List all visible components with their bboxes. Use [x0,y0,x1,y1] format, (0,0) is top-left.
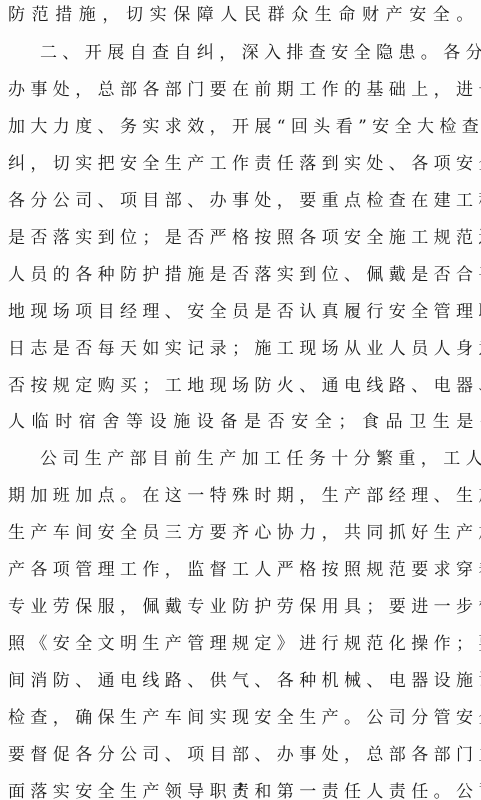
text-line: 生产车间安全员三方要齐心协力，共同抓好生产加工环节安全生 [8,521,468,545]
text-line: 专业劳保服，佩戴专业防护劳保用具；要进一步督促工人严格按 [8,595,468,619]
text-line: 人员的各种防护措施是否落实到位、佩戴是否合乎规范要求；工 [8,263,468,287]
document-page: 防范措施，切实保障人民群众生命财产安全。 二、开展自查自纠，深入排查安全隐患。各… [0,0,481,800]
text-line: 要督促各分公司、项目部、办事处，总部各部门主要负责人，全 [8,743,468,767]
page-number: 2 [0,782,481,793]
text-line: 各分公司、项目部、办事处，要重点检查在建工程各项安全措施 [8,189,468,213]
text-line: 照《安全文明生产管理规定》进行规范化操作；要定期对生产车 [8,632,468,656]
text-line: 间消防、通电线路、供气、各种机械、电器设施设备进行安全大 [8,669,468,693]
text-line: 是否落实到位；是否严格按照各项安全施工规范进行施工；施工 [8,226,468,250]
text-line: 否按规定购买；工地现场防火、通电线路、电器、厨房用气、工 [8,374,468,398]
text-line: 产各项管理工作，监督工人严格按照规范要求穿着安全劳保鞋、 [8,558,468,582]
text-line: 加大力度、务实求效，开展“回头看”安全大检查，严肃自查自 [8,115,468,139]
text-line: 日志是否每天如实记录；施工现场从业人员人身意外伤害保险是 [8,337,468,361]
text-line: 办事处，总部各部门要在前期工作的基础上，进一步突出重点、 [8,78,468,102]
text-line: 纠，切实把安全生产工作责任落到实处、各项安全措施落到实处。 [8,152,468,176]
text-line: 检查，确保生产车间实现安全生产。公司分管安全工作的副总， [8,706,468,730]
text-line: 地现场项目经理、安全员是否认真履行安全管理职责；安全施工 [8,300,468,324]
paragraph-start-line: 公司生产部目前生产加工任务十分繁重，工人及管理人员长 [40,447,468,471]
text-line: 人临时宿舍等设施设备是否安全；食品卫生是否合格等等。 [8,410,468,434]
text-line: 防范措施，切实保障人民群众生命财产安全。 [8,3,468,27]
text-line: 期加班加点。在这一特殊时期，生产部经理、生产各工段承包人、 [8,484,468,508]
paragraph-start-line: 二、开展自查自纠，深入排查安全隐患。各分公司、项目部、 [40,41,468,65]
